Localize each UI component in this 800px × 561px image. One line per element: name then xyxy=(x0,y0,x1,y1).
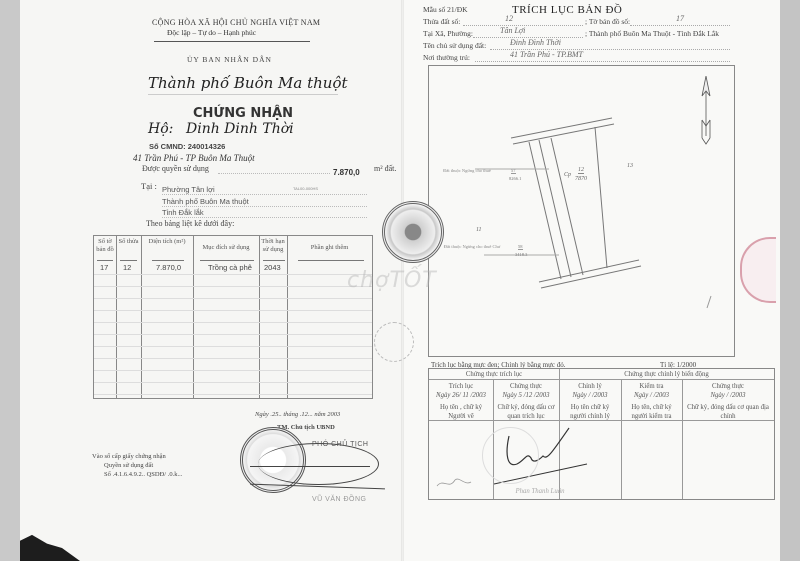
certification-table: Chứng thực trích lục Chứng thực chỉnh lý… xyxy=(428,368,775,500)
faded-seal-icon xyxy=(482,427,539,484)
land-table: Số tờ bản đồ Số thửa Diện tích (m²) Mục … xyxy=(93,235,373,399)
certificate-title: CHỨNG NHẬN xyxy=(193,106,293,121)
col-extract-date: Ngày 26/ 11 /2003 xyxy=(429,391,493,400)
parcel-number-on-map: 12 xyxy=(578,167,584,174)
parcel-number-label: Thửa đất số: xyxy=(423,17,460,26)
header-underline xyxy=(120,260,137,261)
north-arrow-icon xyxy=(700,76,712,148)
neighbor-parcel-west: 11 xyxy=(476,227,482,233)
header-map-sheet: Số tờ bản đồ xyxy=(94,238,116,254)
col-extract-note: Họ tên , chữ ký Người vẽ xyxy=(433,403,489,421)
cadastral-map: Cp 12 7870 13 11 Đất thuộc Ngừng cho thu… xyxy=(428,65,735,357)
col-final-note: Chữ ký, đóng dấu cơ quan địa chính xyxy=(687,403,769,421)
header-purpose: Mục đích sử dụng xyxy=(193,244,259,252)
official-seal-icon xyxy=(382,201,444,263)
vice-chair-title: PHÓ CHỦ TỊCH xyxy=(312,441,368,448)
header-parcel: Số thửa xyxy=(116,238,141,246)
col-cert-note: Chữ ký, đóng dấu cơ quan trích lục xyxy=(497,403,555,421)
group-change-cert: Chứng thực chỉnh lý biến động xyxy=(559,370,774,379)
background-edge xyxy=(780,0,800,561)
table-rule-line xyxy=(94,394,372,395)
ward-code: TAL00-000HS xyxy=(293,186,318,191)
neighbor-parcel-east: 13 xyxy=(627,163,633,169)
table-column-divider xyxy=(287,236,288,398)
signer-name: VŨ VĂN ĐỒNG xyxy=(312,496,367,503)
registry-line-1: Vào số cấp giấy chứng nhận xyxy=(92,452,182,461)
table-rule-line xyxy=(94,322,372,323)
cell-term: 2043 xyxy=(264,263,281,272)
col-revise-title: Chỉnh lý xyxy=(559,382,621,391)
household-label: Hộ: xyxy=(148,121,173,137)
table-column-divider xyxy=(141,236,142,398)
table-rule-line xyxy=(94,298,372,299)
location-province: Tỉnh Đắk lắk xyxy=(162,208,367,218)
dotted-line xyxy=(218,173,330,174)
location-label: Tại : xyxy=(141,181,157,191)
city-divider xyxy=(148,94,338,95)
city-title: Thành phố Buôn Ma thuột xyxy=(148,74,348,92)
header-underline xyxy=(298,260,364,261)
cell-map-sheet: 17 xyxy=(100,263,108,272)
household-name: Dinh Dinh Thời xyxy=(186,121,294,137)
header-divider xyxy=(154,41,310,42)
parcel-area-on-map: 7870 xyxy=(575,176,587,182)
table-rule-line xyxy=(94,310,372,311)
map-extract-title: TRÍCH LỤC BẢN ĐỒ xyxy=(512,4,622,16)
col-revise-date: Ngày / /2003 xyxy=(559,391,621,400)
annotation-bottom-area: 3418.3 xyxy=(515,252,527,257)
parcel-code: Cp xyxy=(564,172,571,178)
col-cert-date: Ngày 5 /12 /2003 xyxy=(493,391,559,400)
col-final-date: Ngày / /2003 xyxy=(682,391,774,400)
col-check-date: Ngày / /2003 xyxy=(621,391,682,400)
map-sheet-value: 17 xyxy=(676,14,684,23)
cell-area: 7.870,0 xyxy=(156,263,181,272)
authority-label: ỦY BAN NHÂN DÂN xyxy=(187,55,272,64)
header-underline xyxy=(200,260,254,261)
header-term: Thời hạn sử dụng xyxy=(259,238,287,254)
area-unit: m² đất. xyxy=(374,164,396,173)
table-rule-line xyxy=(94,286,372,287)
area-value: 7.870,0 xyxy=(333,168,360,177)
dotted-line xyxy=(475,61,730,62)
cell-purpose: Trồng cà phê xyxy=(208,263,252,272)
table-column-divider xyxy=(116,236,117,398)
table-rule-line xyxy=(94,346,372,347)
usage-right-label: Được quyền sử dụng xyxy=(142,164,209,173)
col-check-title: Kiểm tra xyxy=(621,382,682,391)
header-area: Diện tích (m²) xyxy=(141,238,193,246)
nation-header: CỘNG HÒA XÃ HỘI CHỦ NGHĨA VIỆT NAM xyxy=(152,18,320,27)
dotted-line xyxy=(630,25,730,26)
annotation-top: Đất thuộc Ngừng cho thuê xyxy=(437,168,497,174)
header-underline xyxy=(97,260,113,261)
table-rule-line xyxy=(94,370,372,371)
table-rule-line xyxy=(94,274,372,275)
watermark: chợTỐT xyxy=(347,268,437,293)
map-sheet-label: ; Tờ bản đồ số: xyxy=(585,17,630,26)
annotation-top-parcel: 57 xyxy=(511,168,516,174)
table-rule-line xyxy=(94,382,372,383)
registry-note: Vào số cấp giấy chứng nhận Quyền sử dụng… xyxy=(92,452,182,479)
owner-label: Tên chủ sử dụng đất: xyxy=(423,41,486,50)
ward-value: Tân Lợi xyxy=(500,26,525,35)
table-column-divider xyxy=(259,236,260,398)
location-city: Thành phố Buôn Ma thuột xyxy=(162,197,367,207)
col-final-title: Chứng thực xyxy=(682,382,774,391)
annotation-bottom-parcel: 58 xyxy=(518,244,523,250)
signature-stroke xyxy=(250,466,370,467)
signature-date: Ngày .25.. tháng .12... năm 2003 xyxy=(255,411,340,418)
annotation-bottom: Đất thuộc Ngừng cho thuê Chư xyxy=(443,244,501,250)
cell-parcel: 12 xyxy=(123,263,131,272)
table-column-divider xyxy=(193,236,194,398)
ward-label: Tại Xã, Phường: xyxy=(423,29,473,38)
table-rule-line xyxy=(94,358,372,359)
header-underline xyxy=(152,260,184,261)
extract-signer-name: Phan Thanh Luân xyxy=(495,487,585,496)
annotation-top-area: 8266.1 xyxy=(509,176,521,181)
col-extract-title: Trích lục xyxy=(429,382,493,391)
header-underline xyxy=(263,260,285,261)
parcel-drawing xyxy=(429,66,734,356)
motto: Độc lập – Tự do – Hạnh phúc xyxy=(167,28,256,37)
city-province-label: ; Thành phố Buôn Ma Thuột - Tỉnh Đắk Lắk xyxy=(585,29,719,38)
signature-scribble xyxy=(258,443,379,485)
residence-value: 41 Trần Phú - TP.BMT xyxy=(510,50,583,59)
owner-value: Đinh Đình Thời xyxy=(510,38,561,47)
col-revise-note: Họ tên chữ ký người chỉnh lý xyxy=(563,403,617,421)
col-check-note: Họ tên, chữ ký người kiểm tra xyxy=(625,403,678,421)
parcel-number-value: 12 xyxy=(505,14,513,23)
residence-label: Nơi thường trú: xyxy=(423,53,470,62)
form-code: Mẫu số 21/ĐK xyxy=(423,5,468,14)
table-line xyxy=(429,379,774,380)
registry-line-3: Số .4.1.6.4.9.2.. QSDĐ/ .0.k... xyxy=(92,470,182,479)
owner-address: 41 Trần Phú - TP Buôn Ma Thuột xyxy=(133,153,255,163)
location-ward: Phường Tân lợi xyxy=(162,185,367,195)
table-rule-line xyxy=(94,334,372,335)
list-note: Theo bảng liệt kê dưới đây: xyxy=(146,219,234,228)
faded-seal-icon xyxy=(374,322,414,362)
header-notes: Phần ghi thêm xyxy=(287,244,372,252)
id-number: Số CMND: 240014326 xyxy=(149,142,225,151)
col-cert-title: Chứng thực xyxy=(493,382,559,391)
registry-line-2: Quyền sử dụng đất xyxy=(92,461,182,470)
group-extract-cert: Chứng thực trích lục xyxy=(429,370,559,379)
